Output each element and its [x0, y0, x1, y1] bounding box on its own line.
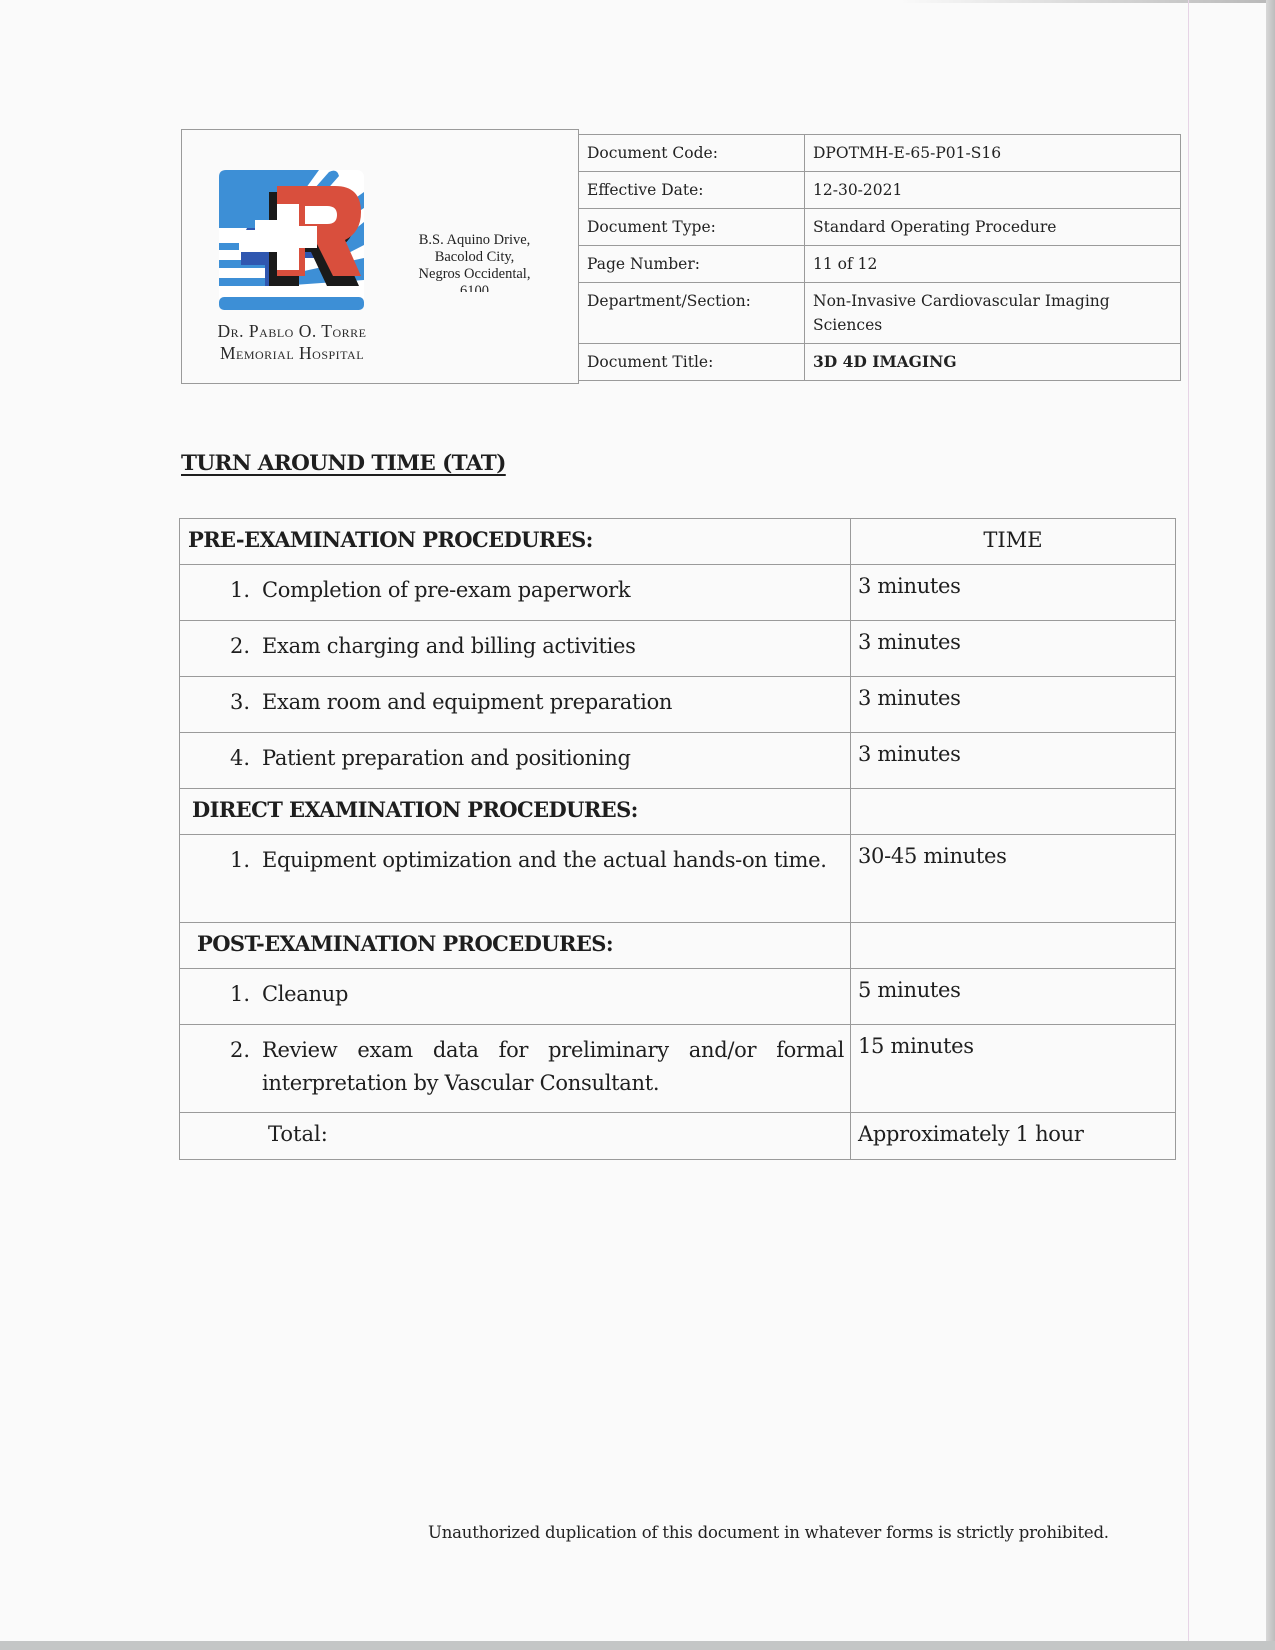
margin-line: [1188, 0, 1189, 1650]
table-row: 1.Completion of pre-exam paperwork 3 min…: [180, 565, 1176, 621]
meta-row-date: Effective Date: 12-30-2021: [579, 172, 1181, 209]
table-header-row: PRE-EXAMINATION PROCEDURES: TIME: [180, 519, 1176, 565]
table-row: 1.Equipment optimization and the actual …: [180, 835, 1176, 923]
pre-exam-heading: PRE-EXAMINATION PROCEDURES:: [180, 519, 850, 564]
total-label: Total:: [180, 1113, 850, 1159]
tat-table: PRE-EXAMINATION PROCEDURES: TIME 1.Compl…: [179, 518, 1176, 1160]
direct-exam-heading: DIRECT EXAMINATION PROCEDURES:: [180, 789, 850, 834]
table-row: 2.Review exam data for preliminary and/o…: [180, 1025, 1176, 1113]
table-row: 1.Cleanup 5 minutes: [180, 969, 1176, 1025]
hospital-logo-icon: [219, 170, 369, 318]
post-exam-heading-row: POST-EXAMINATION PROCEDURES:: [180, 923, 1176, 969]
table-row: 4.Patient preparation and positioning 3 …: [180, 733, 1176, 789]
meta-row-code: Document Code: DPOTMH-E-65-P01-S16: [579, 135, 1181, 172]
table-row: 2.Exam charging and billing activities 3…: [180, 621, 1176, 677]
header-logo-block: Dr. Pablo O. Torre Memorial Hospital B.S…: [181, 129, 579, 384]
post-exam-heading: POST-EXAMINATION PROCEDURES:: [180, 923, 850, 968]
document-meta-table: Document Code: DPOTMH-E-65-P01-S16 Effec…: [578, 134, 1181, 381]
page-edge-shadow: [900, 0, 1275, 3]
total-row: Total: Approximately 1 hour: [180, 1113, 1176, 1160]
hospital-name: Dr. Pablo O. Torre Memorial Hospital: [192, 320, 392, 364]
meta-row-title: Document Title: 3D 4D IMAGING: [579, 344, 1181, 381]
meta-row-page: Page Number: 11 of 12: [579, 246, 1181, 283]
page-edge-shadow: [0, 1641, 1275, 1650]
section-title: TURN AROUND TIME (TAT): [181, 451, 506, 476]
page-edge-shadow: [1266, 0, 1275, 1650]
total-value: Approximately 1 hour: [858, 1122, 1084, 1146]
meta-row-type: Document Type: Standard Operating Proced…: [579, 209, 1181, 246]
footer-notice: Unauthorized duplication of this documen…: [428, 1523, 1109, 1542]
table-row: 3.Exam room and equipment preparation 3 …: [180, 677, 1176, 733]
time-column-header: TIME: [851, 519, 1176, 565]
hospital-address: B.S. Aquino Drive, Bacolod City, Negros …: [402, 232, 547, 292]
direct-exam-heading-row: DIRECT EXAMINATION PROCEDURES:: [180, 789, 1176, 835]
meta-row-department: Department/Section: Non-Invasive Cardiov…: [579, 283, 1181, 344]
